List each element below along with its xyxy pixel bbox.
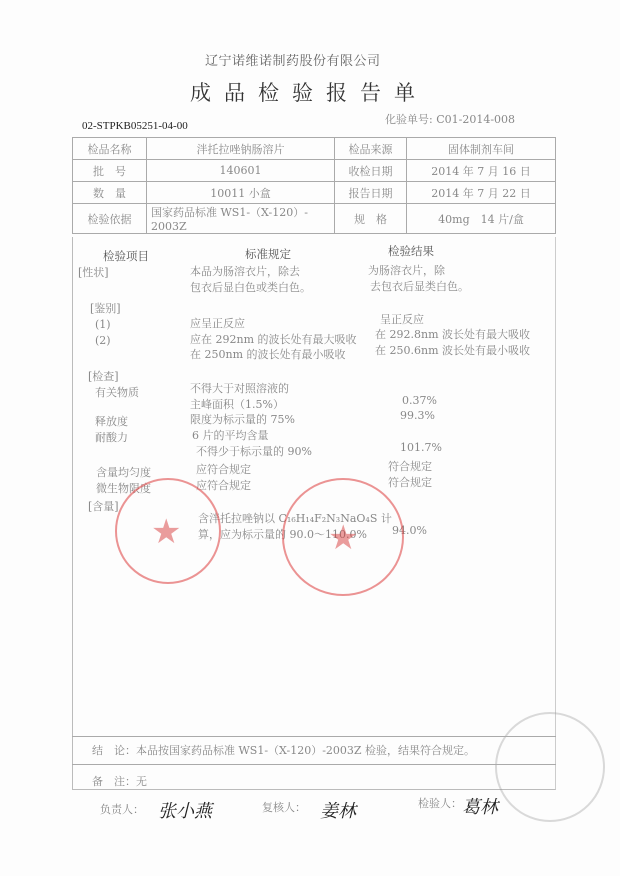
responsible-label: 负责人：: [100, 801, 144, 817]
acid-resistance-name: 耐酸力: [95, 429, 128, 445]
appearance-result-1: 为肠溶衣片，除: [368, 262, 445, 278]
appearance-result-2: 去包衣后显类白色。: [370, 278, 469, 294]
reviewer-signature: 姜林: [320, 797, 356, 823]
spec-label: 规 格: [335, 204, 407, 234]
basis-value: 国家药品标准 WS1-（X-120）- 2003Z: [147, 204, 335, 234]
report-number: 化验单号: C01-2014-008: [385, 111, 515, 127]
source-value: 固体制剂车间: [407, 138, 556, 160]
dissolution-name: 释放度: [95, 413, 128, 429]
divider: [72, 764, 556, 765]
appearance-standard-2: 包衣后显白色或类白色。: [190, 279, 311, 295]
batch-label: 批 号: [73, 160, 147, 182]
identification-result-2a: 在 292.8nm 波长处有最大吸收: [375, 326, 530, 342]
company-name: 辽宁诺维诺制药股份有限公司: [205, 50, 381, 69]
divider: [72, 736, 556, 737]
inspector-signature: 葛林: [462, 793, 498, 819]
spec-value: 40mg 14 片/盒: [407, 204, 556, 234]
assay-heading: [含量]: [88, 498, 119, 514]
conclusion-text: 结 论：本品按国家药品标准 WS1-（X-120）-2003Z 检验，结果符合规…: [92, 742, 475, 758]
page-title: 成品检验报告单: [190, 77, 428, 107]
report-number-value: C01-2014-008: [436, 113, 515, 126]
inspector-label: 检验人：: [418, 795, 462, 811]
info-row: 检品名称 泮托拉唑钠肠溶片 检品来源 固体制剂车间: [73, 138, 556, 160]
reviewer-label: 复核人：: [262, 799, 306, 815]
acid-resistance-result: 101.7%: [400, 441, 442, 454]
report-date-value: 2014 年 7 月 22 日: [407, 182, 556, 204]
acid-resistance-standard-1: 6 片的平均含量: [192, 427, 269, 443]
appearance-standard-1: 本品为肠溶衣片，除去: [190, 263, 300, 279]
microbial-limit-standard: 应符合规定: [196, 477, 251, 493]
product-name-value: 泮托拉唑钠肠溶片: [147, 138, 335, 160]
quantity-label: 数 量: [73, 182, 147, 204]
col-standard-header: 标准规定: [245, 246, 291, 262]
col-item-header: 检验项目: [103, 248, 149, 264]
left-red-stamp: ★: [115, 478, 221, 584]
dissolution-result: 99.3%: [400, 409, 435, 422]
received-date-value: 2014 年 7 月 16 日: [407, 160, 556, 182]
batch-value: 140601: [147, 160, 335, 182]
report-date-label: 报告日期: [335, 182, 407, 204]
info-row: 批 号 140601 收检日期 2014 年 7 月 16 日: [73, 160, 556, 182]
identification-standard-2b: 在 250nm 的波长处有最小吸收: [190, 346, 346, 362]
product-name-label: 检品名称: [73, 138, 147, 160]
received-date-label: 收检日期: [335, 160, 407, 182]
right-red-stamp: ★: [282, 478, 404, 596]
info-row: 检验依据 国家药品标准 WS1-（X-120）- 2003Z 规 格 40mg …: [73, 204, 556, 234]
related-substances-standard-2: 主峰面积（1.5%）: [190, 396, 284, 412]
responsible-signature: 张小燕: [158, 797, 212, 823]
microbial-limit-result: 符合规定: [388, 474, 432, 490]
document-code: 02-STPKB05251-04-00: [82, 120, 188, 132]
related-substances-result: 0.37%: [402, 394, 437, 407]
identification-item-1: (1): [95, 318, 111, 331]
identification-standard-2a: 应在 292nm 的波长处有最大吸收: [190, 331, 357, 347]
identification-result-1: 呈正反应: [380, 311, 424, 327]
identification-result-2b: 在 250.6nm 波长处有最小吸收: [375, 342, 530, 358]
col-result-header: 检验结果: [388, 243, 434, 259]
remarks-text: 备 注：无: [92, 773, 147, 789]
appearance-heading: [性状]: [78, 264, 109, 280]
related-substances-name: 有关物质: [95, 384, 139, 400]
basis-label: 检验依据: [73, 204, 147, 234]
identification-standard-1: 应呈正反应: [190, 315, 245, 331]
info-row: 数 量 10011 小盒 报告日期 2014 年 7 月 22 日: [73, 182, 556, 204]
quantity-value: 10011 小盒: [147, 182, 335, 204]
inspection-heading: [检查]: [88, 368, 119, 384]
info-table: 检品名称 泮托拉唑钠肠溶片 检品来源 固体制剂车间 批 号 140601 收检日…: [72, 137, 556, 234]
report-number-label: 化验单号:: [385, 113, 433, 126]
identification-heading: [鉴别]: [90, 300, 121, 316]
stamp-star-icon: ★: [151, 512, 181, 552]
content-uniformity-standard: 应符合规定: [196, 461, 251, 477]
dissolution-standard: 限度为标示量的 75%: [190, 411, 295, 427]
content-uniformity-result: 符合规定: [388, 458, 432, 474]
acid-resistance-standard-2: 不得少于标示量的 90%: [196, 443, 312, 459]
related-substances-standard-1: 不得大于对照溶液的: [190, 380, 289, 396]
stamp-star-icon: ★: [328, 518, 358, 558]
identification-item-2: (2): [95, 334, 111, 347]
gray-stamp: [495, 712, 605, 822]
source-label: 检品来源: [335, 138, 407, 160]
content-uniformity-name: 含量均匀度: [96, 464, 151, 480]
